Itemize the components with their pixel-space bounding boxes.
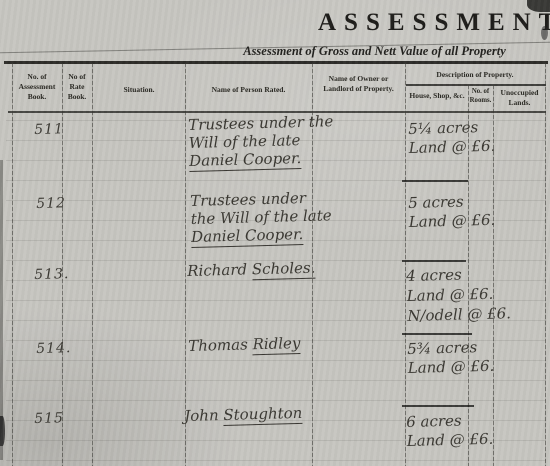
person-rated-firstname: Thomas [188, 335, 253, 355]
house-shop-line: Land @ £6. [408, 211, 495, 232]
house-shop-line: N/odell @ £6. [407, 303, 511, 326]
entry-rule-line [402, 405, 474, 407]
entry-rule-line [402, 180, 468, 182]
person-rated-name-underlined: Ridley [252, 334, 300, 355]
entry-number: 514. [36, 339, 72, 358]
divider-situation-person [185, 63, 186, 466]
person-rated-entry: Thomas Ridley [188, 334, 301, 355]
divider-rate-situation [92, 63, 93, 466]
column-header-person-rated: Name of Person Rated. [187, 85, 310, 95]
house-shop-line: 6 acres [406, 411, 493, 432]
person-rated-name-underlined: Stoughton [223, 404, 302, 426]
description-group-underline [406, 84, 546, 86]
house-shop-line: 4 acres [406, 263, 510, 286]
scanned-ledger-page: ASSESSMENT Assessment of Gross and Nett … [0, 0, 550, 466]
column-header-unoccupied-lands: Unoccupied Lands. [495, 88, 544, 108]
column-header-owner: Name of Owner or Landlord of Property. [314, 74, 403, 94]
person-rated-line: the Will of the late [190, 206, 331, 228]
house-shop-line: 5 acres [408, 192, 495, 213]
person-rated-firstname: John [184, 406, 224, 425]
house-shop-entry: 5¼ acres Land @ £6. [408, 118, 496, 158]
table-right-border [545, 63, 546, 466]
person-rated-line: Daniel Cooper. [189, 148, 335, 170]
entry-number: 511 [34, 120, 64, 139]
table-top-border [4, 61, 548, 64]
column-header-situation: Situation. [94, 85, 184, 95]
column-header-house-shop: House, Shop, &c. [407, 91, 467, 101]
person-rated-line: Daniel Cooper. [191, 224, 332, 246]
house-shop-entry: 6 acres Land @ £6. [406, 411, 494, 451]
house-shop-line: Land @ £6. [407, 283, 511, 306]
column-header-rooms: No. of Rooms. [469, 88, 492, 106]
person-rated-firstname: Richard [187, 260, 252, 280]
person-rated-name-underlined: Daniel Cooper. [189, 149, 302, 172]
person-rated-line: Trustees under the [188, 112, 334, 134]
entry-number: 513. [34, 265, 70, 284]
table-left-border [12, 63, 13, 466]
house-shop-line: Land @ £6. [407, 357, 494, 378]
house-shop-line: 5¼ acres [408, 118, 495, 139]
person-rated-entry: Richard Scholes. [187, 259, 316, 280]
house-shop-line: 5¾ acres [407, 338, 494, 359]
person-rated-entry: Trustees under the Will of the late Dani… [190, 188, 332, 246]
column-header-rate-book: No of Rate Book. [63, 72, 91, 101]
page-subtitle: Assessment of Gross and Nett Value of al… [232, 44, 517, 59]
person-rated-entry: Trustees under the Will of the late Dani… [188, 112, 334, 170]
house-shop-entry: 4 acres Land @ £6. N/odell @ £6. [406, 263, 511, 326]
person-rated-entry: John Stoughton [184, 404, 303, 425]
house-shop-entry: 5 acres Land @ £6. [408, 192, 496, 232]
page-title: ASSESSMENT [318, 9, 513, 37]
person-rated-name-underlined: Scholes. [252, 259, 316, 281]
person-rated-name-underlined: Daniel Cooper. [191, 225, 304, 248]
entry-rule-line [402, 260, 466, 262]
column-header-description-group: Description of Property. [407, 70, 543, 80]
house-shop-line: Land @ £6. [406, 430, 493, 451]
entry-number: 512 [36, 194, 66, 213]
entry-rule-line [402, 333, 472, 335]
house-shop-entry: 5¾ acres Land @ £6. [407, 338, 495, 378]
house-shop-line: Land @ £6. [408, 137, 495, 158]
scan-artifact-bottom-left [0, 416, 5, 446]
scan-artifact-left-binding [0, 160, 3, 460]
entry-number: 515 [34, 409, 64, 428]
column-header-assessment-book: No. of Assessment Book. [13, 72, 61, 101]
scan-artifact-right-edge [541, 26, 548, 40]
